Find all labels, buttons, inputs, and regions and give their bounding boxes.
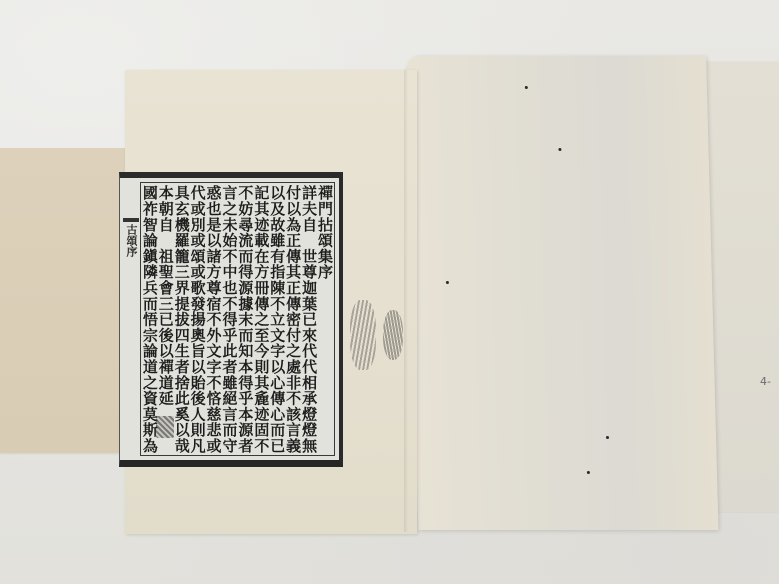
text-column: 代或別或頌或歌發揚奧旨以貽後人則凡欲開正眼	[190, 185, 206, 453]
text-column: 本朝自 祖聖會三已後以禪道延	[158, 185, 174, 453]
right-page-blank	[406, 56, 718, 530]
book-gutter	[404, 70, 408, 532]
ink-speck	[446, 281, 449, 284]
text-column: 付以為正傳其正傳密付之處非不該言義言義不足	[285, 185, 301, 453]
text-column: 惑也是以諸方尊宿不外文字不悋慈悲或徵或拈或	[206, 185, 222, 453]
ink-bleed-mark	[383, 310, 403, 360]
preface-title: 禪門拈頌集序	[317, 185, 333, 453]
margin-title-label: 古頌序	[123, 218, 139, 257]
text-frame: 禪門拈頌集序 詳夫自 世尊迦葉已來代代相承燈燈無盡遞相密 付以為正傳其正傳密付之…	[140, 182, 335, 456]
text-column: 記其迹載在方冊傳之至今則其麁迹固不足貴也然	[253, 185, 269, 453]
text-column: 不妨尋流而得源據末而知本得乎本源者雖萬別而	[237, 185, 253, 453]
text-column: 詳夫自 世尊迦葉已來代代相承燈燈無盡遞相密	[301, 185, 317, 453]
ink-bleed-mark	[350, 300, 376, 370]
ink-speck	[606, 436, 609, 439]
text-column: 言之未始不中也不得乎此者雖絕言而守之未始不	[222, 185, 238, 453]
text-column: 以及故雖有指陳不立文字以心傳心而已好事者強	[269, 185, 285, 453]
text-column: 國祚智論鎭隣兵而悟宗論道之資莫斯為急故宗門	[142, 185, 158, 453]
ink-speck	[558, 148, 561, 151]
backing-paper-left	[0, 148, 135, 453]
ink-speck	[525, 86, 528, 89]
text-column: 具玄機羅籠三界提拔四生者捨此奚以哉況	[174, 185, 190, 453]
ink-speck	[587, 471, 590, 474]
printed-text-block: 古頌序 禪門拈頌集序 詳夫自 世尊迦葉已來代代相承燈燈無盡遞相密 付以為正傳其正…	[119, 172, 343, 467]
pencil-mark: 4-	[760, 375, 771, 388]
